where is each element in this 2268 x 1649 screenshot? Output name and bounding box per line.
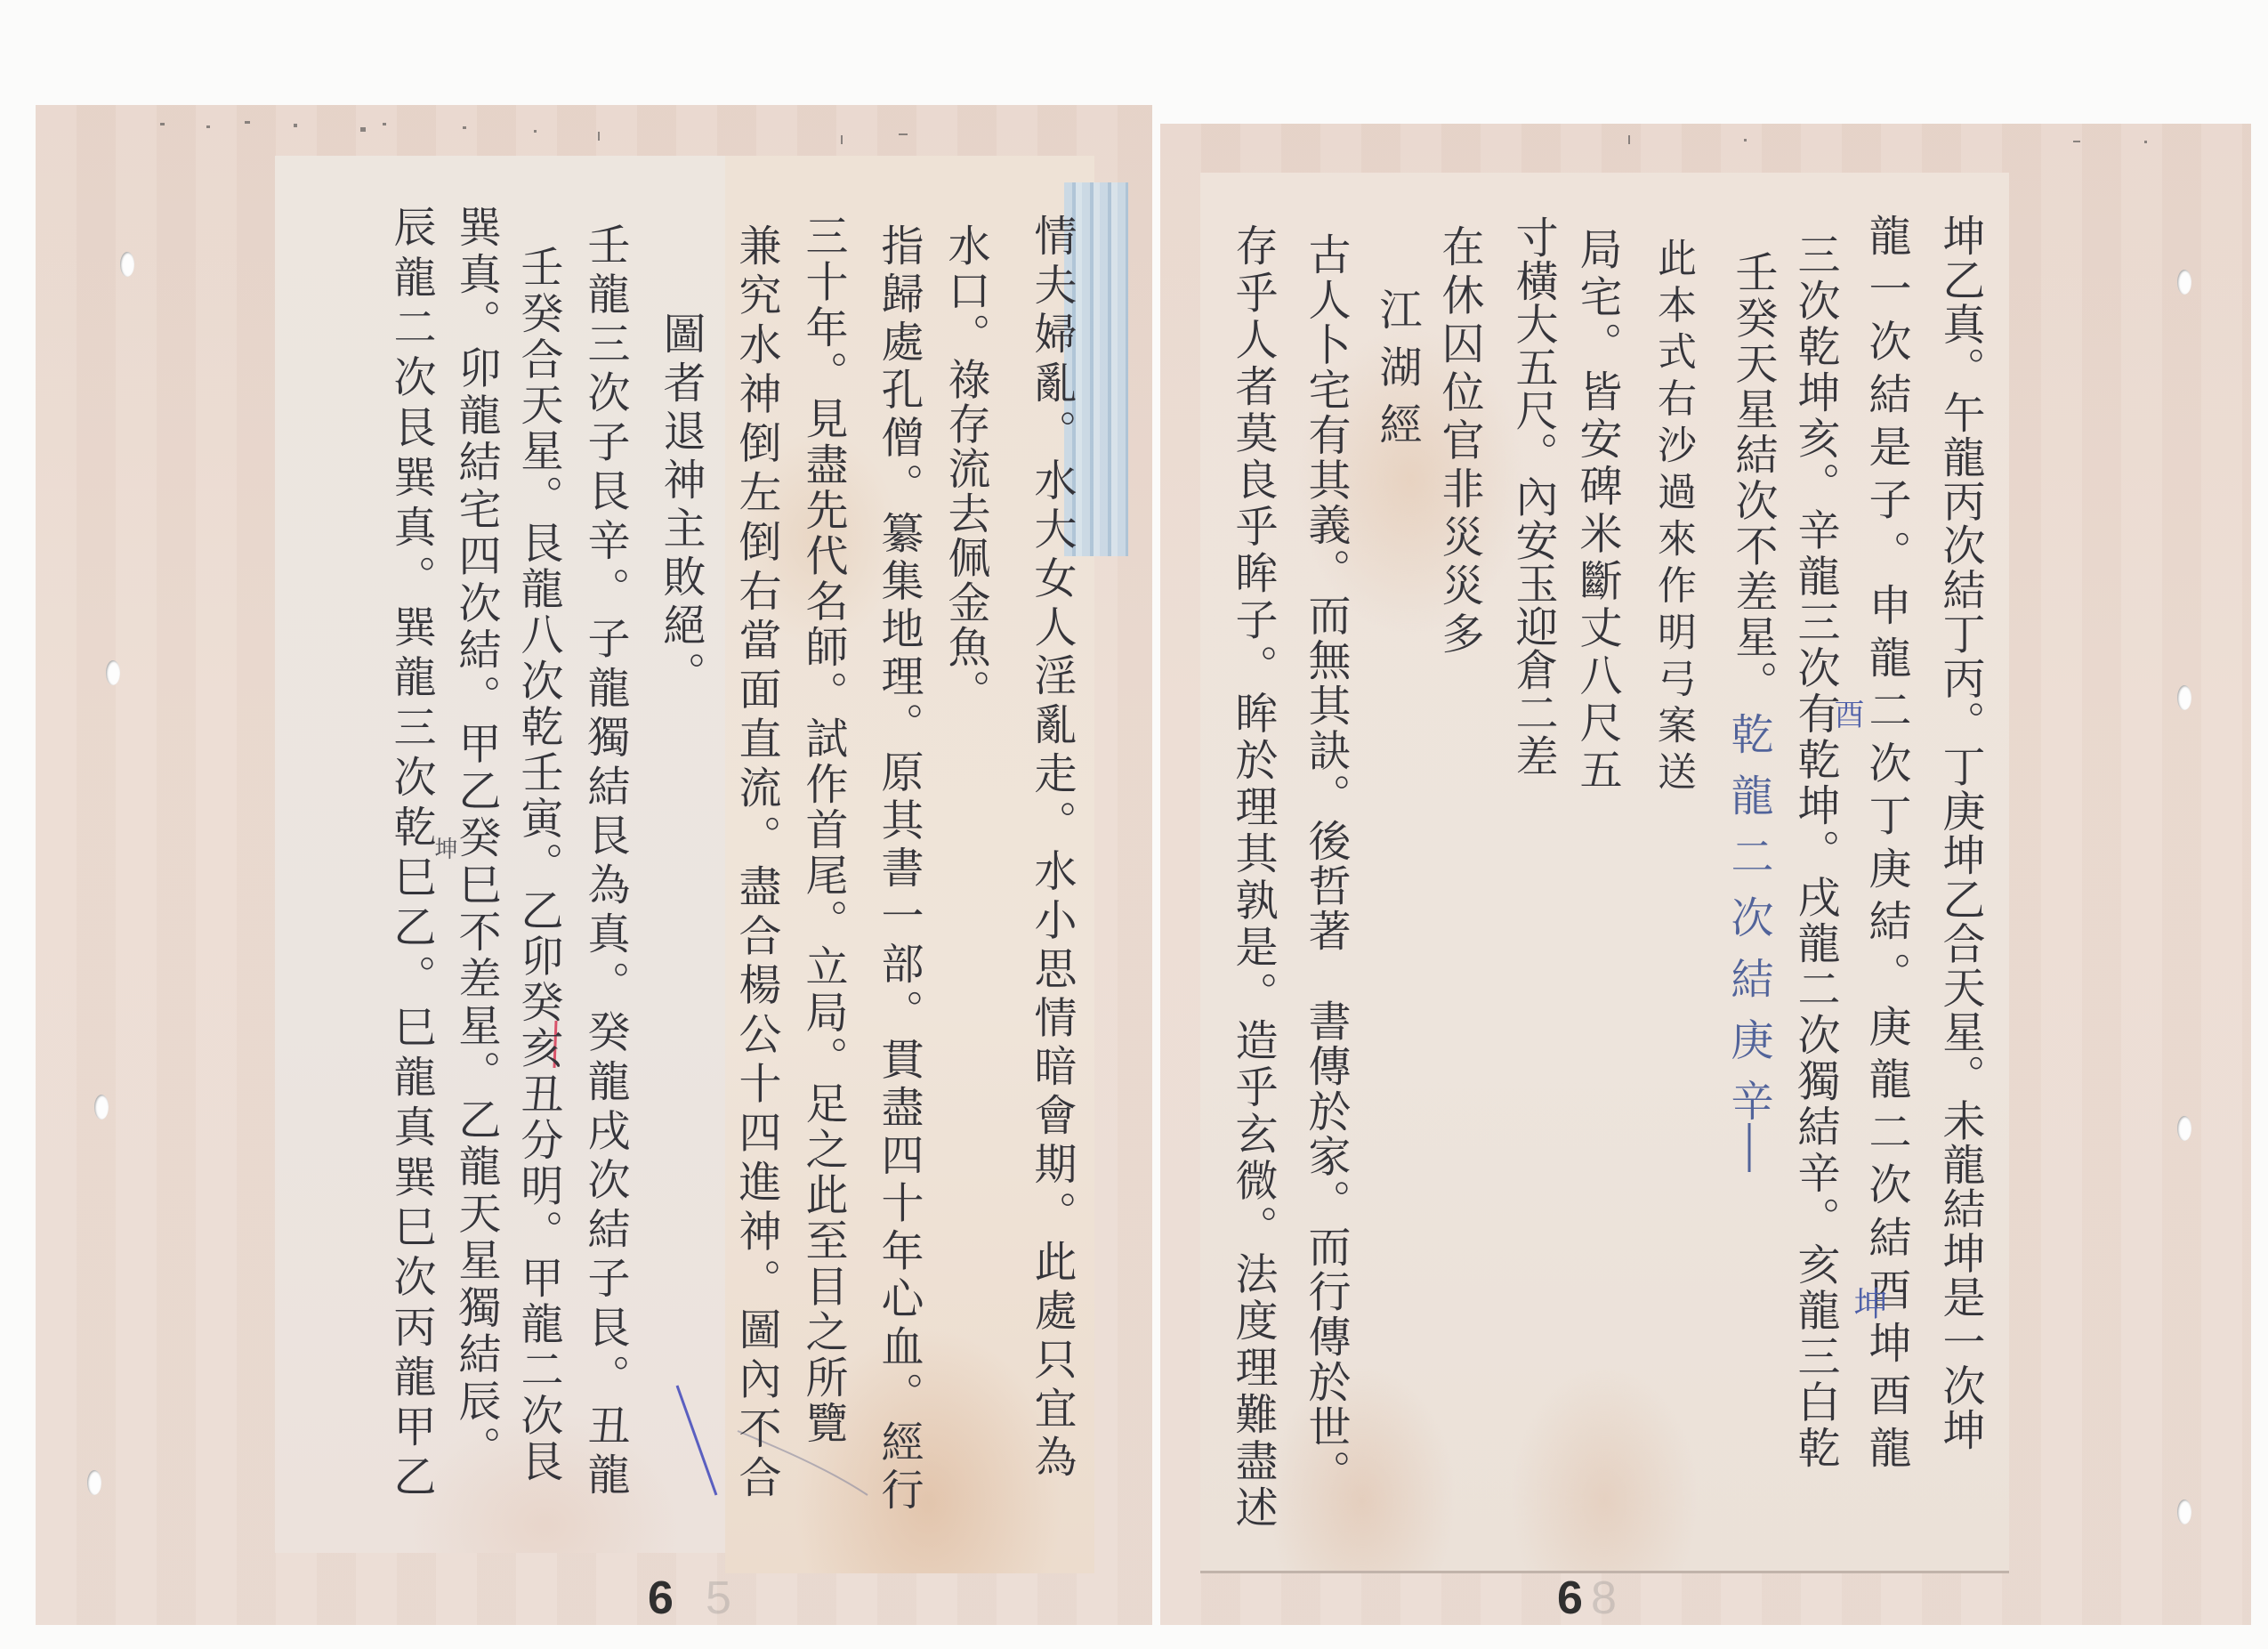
right-page-number: 6 <box>1557 1575 1583 1621</box>
right-column-2: 龍一次結是子。申龍二次丁庚結。庚龍二次結酉坤酉龍 <box>1860 214 1913 1468</box>
right-column-10: 古人卜宅有其義。而無其訣。後哲著 書傳於家。而行傳於世。 <box>1299 232 1352 1492</box>
right-column-7: 寸橫大五尺。內安玉迎倉二差 <box>1506 215 1560 777</box>
section-heading-jianghu-jing: 江湖經 <box>1370 287 1424 445</box>
marks-overlay <box>0 0 2268 1649</box>
right-column-5: 此本式右沙過來作明弓案送 <box>1646 238 1699 790</box>
left-side-note: 坤 <box>432 837 456 860</box>
left-column-2: 水口。祿存流去佩金魚。 <box>939 223 992 712</box>
right-column-1: 坤乙真。午龍丙次結丁丙。丁庚坤乙合天星。未龍結坤是一次坤 <box>1933 214 1987 1451</box>
right-column-8: 在休囚位官非災災多 <box>1433 224 1486 654</box>
left-page-number: 6 <box>648 1575 674 1621</box>
blue-annotation-column: 乾龍二次結庚辛 <box>1722 712 1775 1121</box>
top-edge-specks <box>160 121 2147 144</box>
right-column-6: 局宅。皆安碑米斷丈八尺五 <box>1570 227 1624 790</box>
left-column-6: 圖者退神主敗絕。 <box>654 311 707 694</box>
right-column-3: 三次乾坤亥。辛龍三次有乾坤。戌龍二次獨結辛。亥龍三白乾 <box>1788 232 1842 1468</box>
left-column-5: 兼究水神倒左倒右當面直流。盡合楊公十四進神。圖內不合 <box>730 223 783 1498</box>
blue-inline-annotation: 坤 <box>1851 1286 1885 1320</box>
left-column-8: 壬癸合天星。艮龍八次乾壬寅。乙卯癸亥丑分明。甲龍二次艮 <box>512 245 565 1482</box>
left-column-7: 壬龍三次子艮辛。子龍獨結艮為真。癸龍戌次結子艮。丑龍 <box>578 222 632 1495</box>
blue-inline-annotation: 酉 <box>1831 699 1861 729</box>
blue-pencil-stroke <box>677 1386 716 1495</box>
right-faint-page-number: 8 <box>1591 1575 1617 1621</box>
left-column-1: 情夫婦亂。水大女人淫亂走。水小思情暗會期。此處只宜為 <box>1025 214 1078 1477</box>
left-column-4: 三十年。見盡先代名師。試作首尾。立局。足之此至目之所覽 <box>796 214 850 1443</box>
right-column-11: 存乎人者莫良乎眸子。眸於理其孰是。造乎玄微。法度理難盡述 <box>1226 223 1279 1528</box>
right-column-4: 壬癸天星結次不差星。 <box>1726 250 1780 703</box>
left-column-3: 指歸處孔僧。纂集地理。原其書一部。貫盡四十年心血。經行 <box>872 223 925 1510</box>
left-column-9: 巽真。卯龍結宅四次結。甲乙癸巳不差星。乙龍天星獨結辰。 <box>449 205 503 1468</box>
left-faint-page-number: 5 <box>706 1575 731 1621</box>
left-column-10: 辰龍二次艮巽真。巽龍三次乾巳乙。巳龍真巽巳次丙龍甲乙 <box>384 205 438 1497</box>
